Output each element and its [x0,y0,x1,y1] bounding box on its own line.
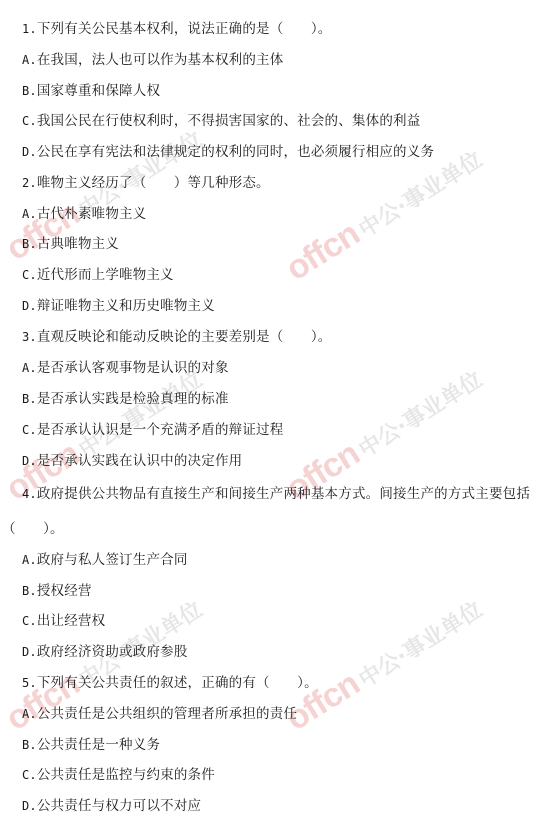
option-text: 出让经营权 [37,613,106,629]
question-text: 直观反映论和能动反映论的主要差别是（ ）。 [37,329,332,345]
option-text: 在我国，法人也可以作为基本权利的主体 [37,52,284,68]
question-5-option-a: A.公共责任是公共组织的管理者所承担的责任 [22,705,297,723]
option-label: C. [22,423,37,437]
question-5-stem: 5.下列有关公共责任的叙述，正确的有（ ）。 [22,674,318,692]
option-text: 是否承认实践在认识中的决定作用 [37,453,243,469]
question-4-option-d: D.政府经济资助或政府参股 [22,643,188,661]
option-label: A. [22,53,37,67]
option-label: D. [22,799,37,813]
question-4-stem: 4.政府提供公共物品有直接生产和间接生产两种基本方式。间接生产的方式主要包括 [22,485,530,503]
option-text: 政府经济资助或政府参股 [37,644,188,660]
question-number: 1. [22,22,37,36]
question-text: 下列有关公共责任的叙述，正确的有（ ）。 [37,675,318,691]
option-label: B. [22,392,37,406]
question-3-stem: 3.直观反映论和能动反映论的主要差别是（ ）。 [22,328,332,346]
watermark-text: 中公·事业单位 [352,593,487,694]
option-text: 古典唯物主义 [37,236,119,252]
question-3-option-b: B.是否承认实践是检验真理的标准 [22,390,229,408]
option-text: 近代形而上学唯物主义 [37,267,174,283]
option-label: B. [22,84,37,98]
question-3-option-c: C.是否承认认识是一个充满矛盾的辩证过程 [22,421,283,439]
option-text: 公共责任与权力可以不对应 [37,798,201,814]
option-text: 授权经营 [37,583,92,599]
question-3-option-a: A.是否承认客观事物是认识的对象 [22,359,229,377]
option-text: 公共责任是一种义务 [37,737,160,753]
question-4-option-a: A.政府与私人签订生产合同 [22,551,188,569]
option-text: 我国公民在行使权利时，不得损害国家的、社会的、集体的利益 [37,113,421,129]
option-label: C. [22,268,37,282]
option-label: D. [22,645,37,659]
option-text: 古代朴素唯物主义 [37,206,147,222]
question-number: 3. [22,330,37,344]
question-number: 5. [22,676,37,690]
question-text-continued: （ ）。 [2,521,64,537]
question-5-option-b: B.公共责任是一种义务 [22,736,160,754]
option-label: B. [22,584,37,598]
question-1-option-c: C.我国公民在行使权利时，不得损害国家的、社会的、集体的利益 [22,112,420,130]
option-label: A. [22,553,37,567]
question-1-stem: 1.下列有关公民基本权利，说法正确的是（ ）。 [22,20,332,38]
option-label: C. [22,614,37,628]
watermark: offcn 中公·事业单位 [279,588,488,739]
question-3-option-d: D.是否承认实践在认识中的决定作用 [22,452,242,470]
question-2-option-c: C.近代形而上学唯物主义 [22,266,174,284]
option-text: 是否承认客观事物是认识的对象 [37,360,229,376]
question-number: 4. [22,487,37,501]
option-text: 是否承认实践是检验真理的标准 [37,391,229,407]
question-2-option-b: B.古典唯物主义 [22,235,119,253]
question-1-option-d: D.公民在享有宪法和法律规定的权利的同时，也必须履行相应的义务 [22,143,434,161]
option-label: B. [22,237,37,251]
question-text: 下列有关公民基本权利，说法正确的是（ ）。 [37,21,332,37]
option-text: 是否承认认识是一个充满矛盾的辩证过程 [37,422,284,438]
question-number: 2. [22,176,37,190]
option-text: 公共责任是公共组织的管理者所承担的责任 [37,706,297,722]
option-text: 国家尊重和保障人权 [37,83,160,99]
watermark-text: 中公·事业单位 [352,363,487,464]
watermark-brand: offcn [279,215,366,289]
question-4-option-b: B.授权经营 [22,582,92,600]
question-4-stem-wrap: （ ）。 [2,520,64,538]
option-label: C. [22,768,37,782]
option-label: D. [22,299,37,313]
option-text: 辩证唯物主义和历史唯物主义 [37,298,215,314]
option-label: A. [22,207,37,221]
question-5-option-d: D.公共责任与权力可以不对应 [22,797,201,815]
option-text: 政府与私人签订生产合同 [37,552,188,568]
question-2-stem: 2.唯物主义经历了（ ）等几种形态。 [22,174,270,192]
option-label: A. [22,707,37,721]
option-label: D. [22,145,37,159]
question-4-option-c: C.出让经营权 [22,612,105,630]
option-text: 公民在享有宪法和法律规定的权利的同时，也必须履行相应的义务 [37,144,434,160]
question-2-option-a: A.古代朴素唯物主义 [22,205,146,223]
question-1-option-a: A.在我国，法人也可以作为基本权利的主体 [22,51,283,69]
option-label: D. [22,454,37,468]
option-label: A. [22,361,37,375]
question-text: 唯物主义经历了（ ）等几种形态。 [37,175,270,191]
question-5-option-c: C.公共责任是监控与约束的条件 [22,766,215,784]
question-2-option-d: D.辩证唯物主义和历史唯物主义 [22,297,215,315]
option-label: C. [22,114,37,128]
question-text: 政府提供公共物品有直接生产和间接生产两种基本方式。间接生产的方式主要包括 [37,486,530,502]
option-label: B. [22,738,37,752]
question-1-option-b: B.国家尊重和保障人权 [22,82,160,100]
option-text: 公共责任是监控与约束的条件 [37,767,215,783]
watermark-text: 中公·事业单位 [72,363,207,464]
